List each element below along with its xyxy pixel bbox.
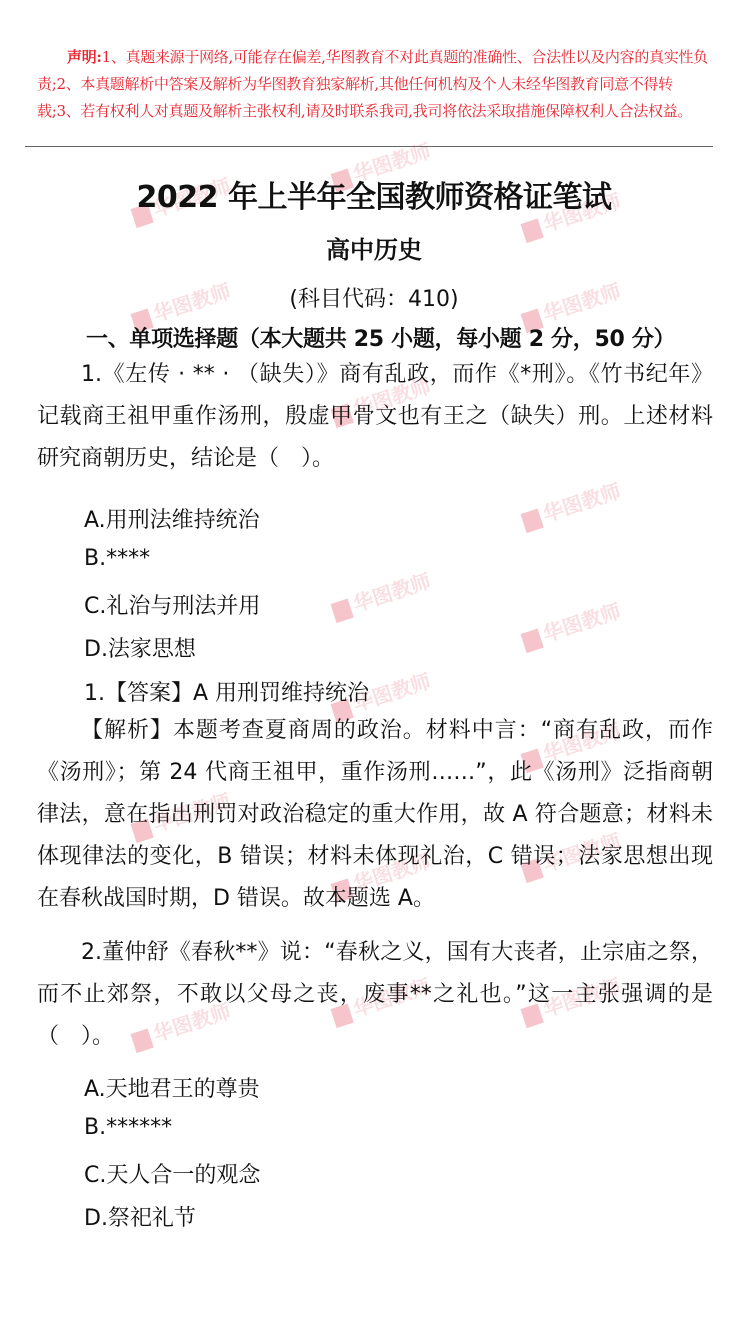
watermark: 华图教师 [518,475,624,534]
section-heading: 一、单项选择题（本大题共 25 小题，每小题 2 分，50 分） [86,322,675,353]
huatu-logo-icon [330,598,353,623]
question-1-option-d: D.法家思想 [84,632,196,663]
disclaimer: 声明:1、真题来源于网络,可能存在偏差,华图教育不对此真题的准确性、合法性以及内… [37,44,713,125]
question-2-option-b: B.****** [84,1115,172,1140]
watermark: 华图教师 [518,595,624,654]
huatu-logo-icon [520,628,543,653]
disclaimer-label: 声明: [67,48,102,66]
question-2-option-d: D.祭祀礼节 [84,1201,196,1232]
question-2-option-c: C.天人合一的观念 [84,1158,260,1189]
subject-code: (科目代码：410) [0,282,748,313]
question-1-analysis: 【解析】本题考查夏商周的政治。材料中言：“商有乱政，而作《汤刑》；第 24 代商… [37,710,713,920]
question-1-option-c: C.礼治与刑法并用 [84,589,260,620]
subject-title: 高中历史 [0,230,748,265]
question-1-answer: 1.【答案】A 用刑罚维持统治 [84,676,369,707]
question-1-option-b: B.**** [84,546,150,571]
question-2-stem: 2.董仲舒《春秋**》说：“春秋之义，国有大丧者，止宗庙之祭，而不止郊祭，不敢以… [37,932,713,1058]
question-1-stem: 1.《左传 · ** · （缺失）》商有乱政，而作《*刑》。《竹书纪年》记载商王… [37,354,713,480]
divider [25,146,713,147]
huatu-logo-icon [520,508,543,533]
question-2-option-a: A.天地君王的尊贵 [84,1072,260,1103]
question-1-option-a: A.用刑法维持统治 [84,503,260,534]
disclaimer-text: 1、真题来源于网络,可能存在偏差,华图教育不对此真题的准确性、合法性以及内容的真… [37,48,708,120]
page-title: 2022 年上半年全国教师资格证笔试 [0,172,748,216]
watermark: 华图教师 [328,565,434,624]
